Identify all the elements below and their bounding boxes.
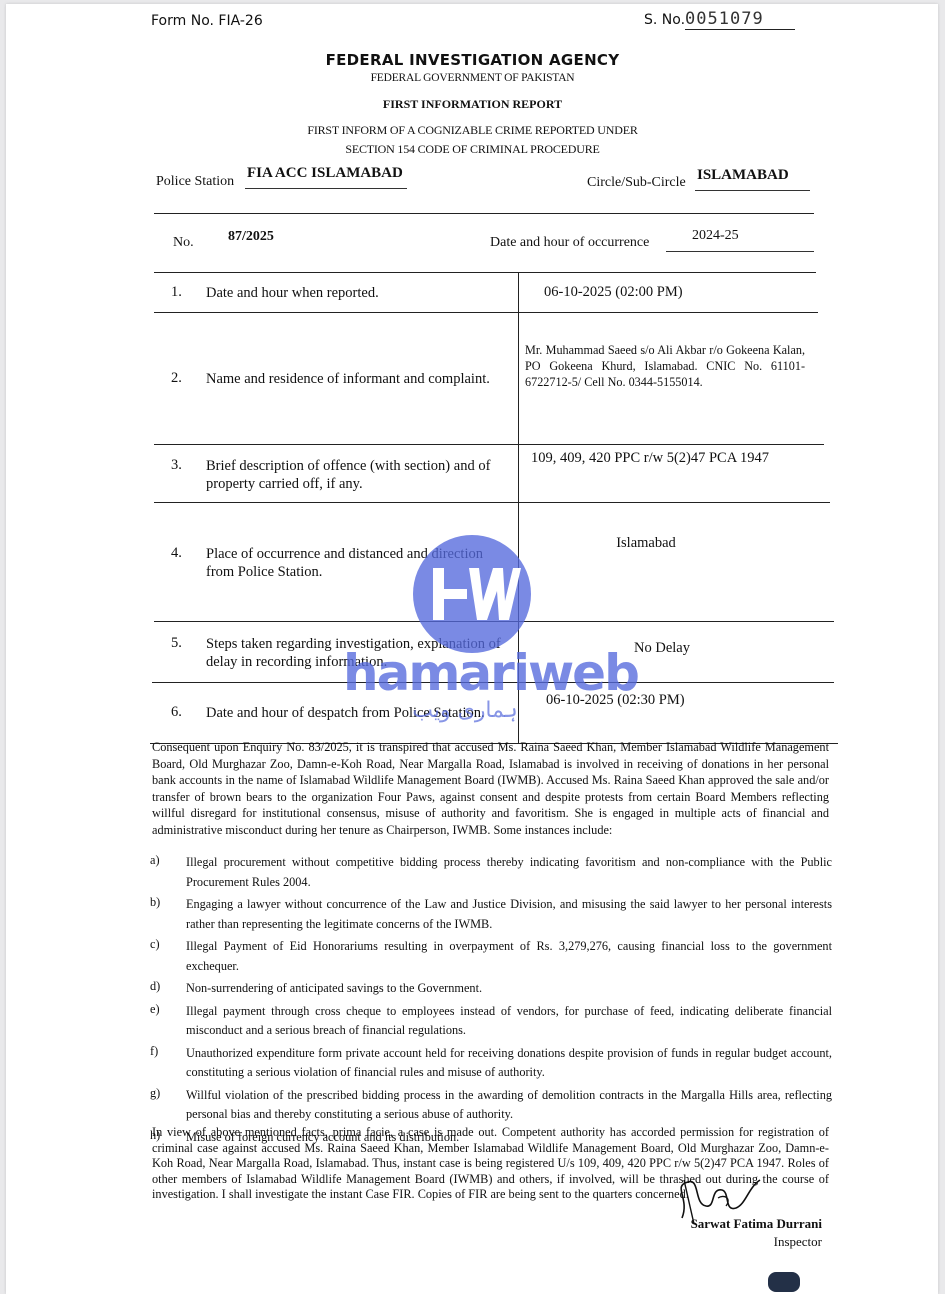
row-2-number: 2. <box>171 370 182 387</box>
column-divider <box>518 273 519 743</box>
row-5-value: No Delay <box>520 638 804 658</box>
report-subtitle-1: FIRST INFORM OF A COGNIZABLE CRIME REPOR… <box>0 123 945 138</box>
row-6-value: 06-10-2025 (02:30 PM) <box>546 690 836 710</box>
list-item: b)Engaging a lawyer without concurrence … <box>150 895 832 934</box>
row-4-value: Islamabad <box>520 533 772 553</box>
circle-label: Circle/Sub-Circle <box>587 175 686 191</box>
police-station-label: Police Station <box>156 174 234 190</box>
list-marker: c) <box>150 937 186 976</box>
row-3-number: 3. <box>171 457 182 474</box>
list-item: d)Non-surrendering of anticipated saving… <box>150 979 832 999</box>
serial-label: S. No. <box>644 12 685 28</box>
occurrence-label: Date and hour of occurrence <box>490 235 649 251</box>
list-item: a)Illegal procurement without competitiv… <box>150 853 832 892</box>
list-item: f)Unauthorized expenditure form private … <box>150 1044 832 1083</box>
government-title: FEDERAL GOVERNMENT OF PAKISTAN <box>0 72 945 84</box>
list-text: Engaging a lawyer without concurrence of… <box>186 895 832 934</box>
row-5-label: Steps taken regarding investigation, exp… <box>206 635 511 671</box>
list-item: e)Illegal payment through cross cheque t… <box>150 1002 832 1041</box>
divider <box>154 444 824 445</box>
list-marker: a) <box>150 853 186 892</box>
list-marker: e) <box>150 1002 186 1041</box>
narrative-intro: Consequent upon Enquiry No. 83/2025, it … <box>152 739 829 838</box>
list-text: Illegal procurement without competitive … <box>186 853 832 892</box>
list-marker: d) <box>150 979 186 999</box>
row-1-number: 1. <box>171 284 182 301</box>
case-no-value: 87/2025 <box>228 229 274 245</box>
list-text: Willful violation of the prescribed bidd… <box>186 1086 832 1125</box>
list-marker: b) <box>150 895 186 934</box>
occurrence-value: 2024-25 <box>692 228 739 244</box>
divider <box>154 621 834 622</box>
report-subtitle-2: SECTION 154 CODE OF CRIMINAL PROCEDURE <box>0 142 945 157</box>
list-text: Non-surrendering of anticipated savings … <box>186 979 832 999</box>
serial-value: 0051079 <box>685 9 795 30</box>
instances-list: a)Illegal procurement without competitiv… <box>150 853 832 1150</box>
row-4-label: Place of occurrence and distanced and di… <box>206 545 511 581</box>
divider <box>154 502 830 503</box>
serial-number: S. No.0051079 <box>644 9 795 30</box>
case-no-label: No. <box>173 235 194 251</box>
police-station-underline <box>245 188 407 189</box>
list-item: c)Illegal Payment of Eid Honorariums res… <box>150 937 832 976</box>
circle-underline <box>695 190 810 191</box>
signatory-name: Sarwat Fatima Durrani <box>691 1216 822 1232</box>
row-1-value: 06-10-2025 (02:00 PM) <box>544 282 834 302</box>
row-3-label: Brief description of offence (with secti… <box>206 457 511 493</box>
list-text: Illegal payment through cross cheque to … <box>186 1002 832 1041</box>
divider <box>152 682 834 683</box>
signatory-title: Inspector <box>774 1234 822 1250</box>
row-3-value: 109, 409, 420 PPC r/w 5(2)47 PCA 1947 <box>520 448 780 468</box>
circle-value: ISLAMABAD <box>697 167 789 184</box>
report-title: FIRST INFORMATION REPORT <box>0 97 945 112</box>
list-text: Illegal Payment of Eid Honorariums resul… <box>186 937 832 976</box>
form-number: Form No. FIA-26 <box>151 13 263 29</box>
police-station-value: FIA ACC ISLAMABAD <box>247 165 403 182</box>
occurrence-underline <box>666 251 814 252</box>
row-6-label: Date and hour of despatch from Police Sa… <box>206 704 526 722</box>
row-4-number: 4. <box>171 545 182 562</box>
row-2-label: Name and residence of informant and comp… <box>206 370 511 388</box>
corner-button[interactable] <box>768 1272 800 1280</box>
row-1-label: Date and hour when reported. <box>206 284 511 302</box>
list-item: g)Willful violation of the prescribed bi… <box>150 1086 832 1125</box>
row-2-value: Mr. Muhammad Saeed s/o Ali Akbar r/o Gok… <box>525 342 805 390</box>
list-marker: f) <box>150 1044 186 1083</box>
row-5-number: 5. <box>171 635 182 652</box>
list-marker: g) <box>150 1086 186 1125</box>
divider <box>154 272 816 273</box>
divider <box>154 213 814 214</box>
row-6-number: 6. <box>171 704 182 721</box>
divider <box>154 312 818 313</box>
list-text: Unauthorized expenditure form private ac… <box>186 1044 832 1083</box>
agency-title: FEDERAL INVESTIGATION AGENCY <box>0 51 945 69</box>
